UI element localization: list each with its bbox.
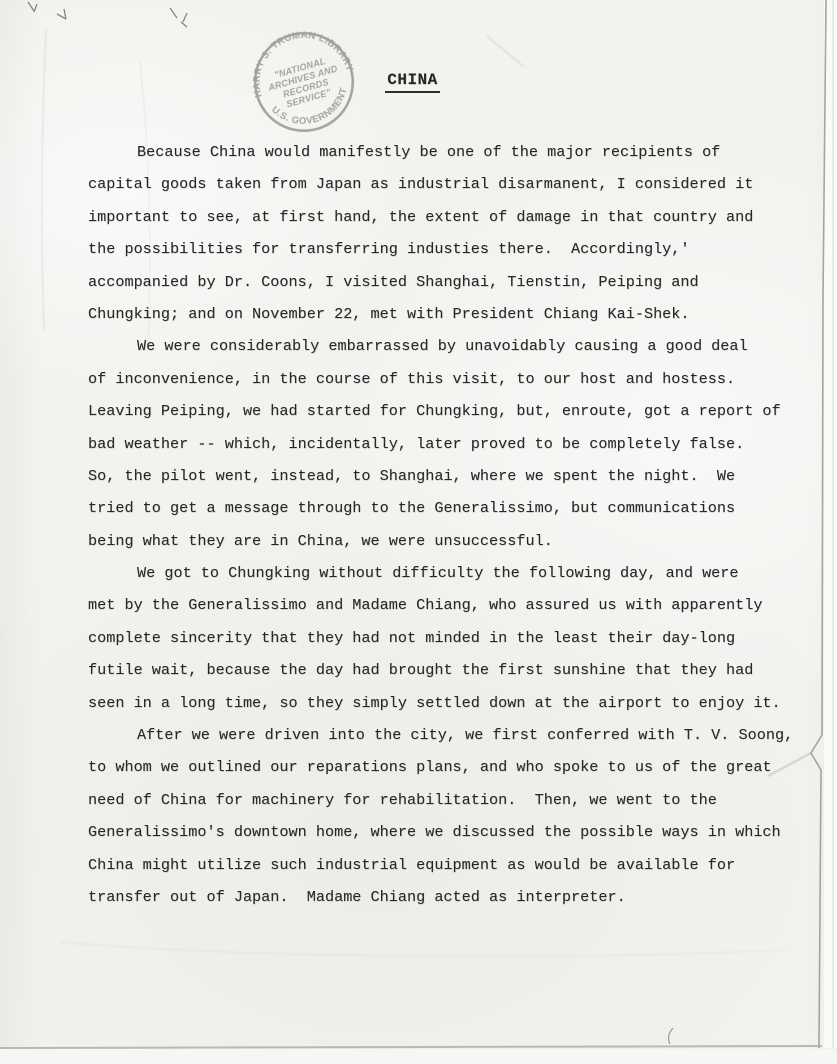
text-line: being what they are in China, we were un… (88, 525, 804, 557)
text-line: Because China would manifestly be one of… (88, 136, 804, 168)
text-line: We were considerably embarrassed by unav… (88, 330, 804, 362)
text-line: need of China for machinery for rehabili… (88, 784, 804, 816)
text-line: of inconvenience, in the course of this … (88, 363, 804, 395)
page-title: CHINA (0, 71, 831, 89)
text-line: So, the pilot went, instead, to Shanghai… (88, 460, 804, 492)
text-line: Generalissimo's downtown home, where we … (88, 816, 804, 848)
text-line: futile wait, because the day had brought… (88, 654, 804, 686)
text-line: met by the Generalissimo and Madame Chia… (88, 589, 804, 621)
text-line: Leaving Peiping, we had started for Chun… (88, 395, 804, 427)
text-line: to whom we outlined our reparations plan… (88, 751, 804, 783)
text-line: capital goods taken from Japan as indust… (88, 168, 804, 200)
text-line: Chungking; and on November 22, met with … (88, 298, 804, 330)
scanner-background-right (824, 0, 837, 1048)
paper-bottom-edge (0, 1046, 822, 1048)
text-line: important to see, at first hand, the ext… (88, 201, 804, 233)
scanned-page: HARRY S. TRUMAN LIBRARY U.S. GOVERNMENT … (0, 0, 837, 1064)
pencil-mark (669, 1028, 673, 1044)
text-line: complete sincerity that they had not min… (88, 622, 804, 654)
text-line: China might utilize such industrial equi… (88, 849, 804, 881)
text-line: transfer out of Japan. Madame Chiang act… (88, 881, 804, 913)
scanner-background-bottom (0, 1049, 837, 1064)
text-line: We got to Chungking without difficulty t… (88, 557, 804, 589)
text-line: accompanied by Dr. Coons, I visited Shan… (88, 266, 804, 298)
paper-right-edge (811, 0, 826, 1048)
text-line: the possibilities for transferring indus… (88, 233, 804, 265)
text-line: bad weather -- which, incidentally, late… (88, 428, 804, 460)
text-line: tried to get a message through to the Ge… (88, 492, 804, 524)
staple-marks (28, 2, 187, 27)
document-text: Because China would manifestly be one of… (88, 136, 804, 913)
text-line: After we were driven into the city, we f… (88, 719, 804, 751)
text-line: seen in a long time, so they simply sett… (88, 687, 804, 719)
page-title-text: CHINA (385, 71, 440, 93)
